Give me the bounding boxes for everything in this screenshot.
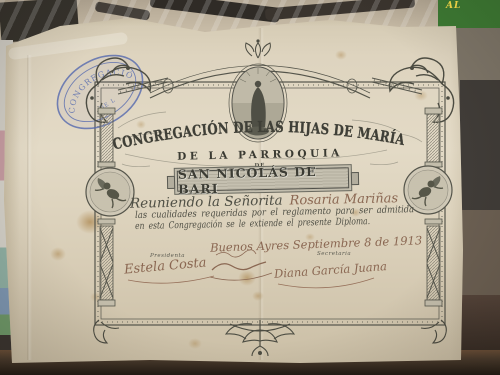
role-label-secretaria: Secretaria [317,251,351,257]
parish-banner: SAN NICOLÁS DE BARI [177,167,349,192]
crest-ornament [246,39,271,58]
corner-ornament-bottom-right [421,320,446,343]
green-package: AL [438,0,500,30]
bottom-flourish [226,320,294,356]
photo-of-certificate: AL [0,0,500,375]
background-object [458,210,500,295]
package-text: AL [446,1,461,11]
signature-flourishes [128,276,374,288]
certificate-paper: CONGREGACIÓN DE L [0,0,500,375]
background-dark-object [460,80,500,210]
cherub-medallion-left [86,168,134,216]
corner-ornament-bottom-left [94,320,119,343]
